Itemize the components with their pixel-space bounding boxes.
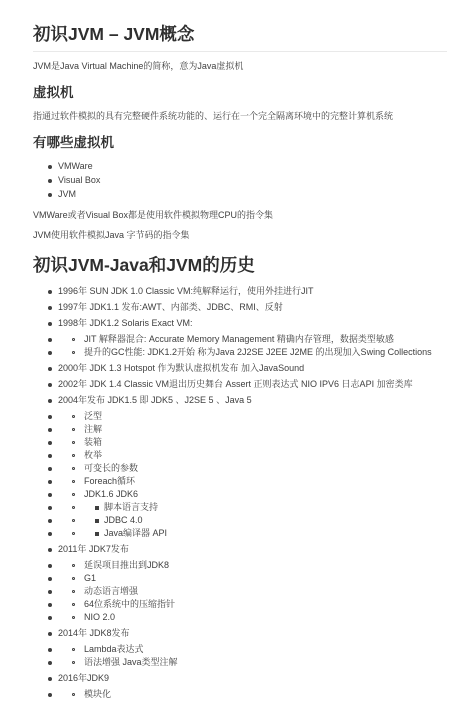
disc-bullet-icon [48,616,52,620]
list-item: Visual Box [33,174,447,187]
circle-bullet-icon [72,603,75,606]
disc-bullet-icon [48,338,52,342]
list-item: NIO 2.0 [33,611,447,624]
list-item-text: JVM [58,188,76,201]
list-item: Lambda表达式 [33,643,447,656]
list-item: 1996年 SUN JDK 1.0 Classic VM:纯解释运行，使用外挂进… [33,285,447,298]
list-item-text: 2004年发布 JDK1.5 即 JDK5 、J2SE 5 、Java 5 [58,394,252,407]
list-item-text: 可变长的参数 [84,462,138,475]
history-list: 1996年 SUN JDK 1.0 Classic VM:纯解释运行，使用外挂进… [33,285,447,701]
list-item: 注解 [33,423,447,436]
disc-bullet-icon [48,493,52,497]
list-item: G1 [33,572,447,585]
vm-list: VMWare Visual Box JVM [33,160,447,201]
list-item: JVM [33,188,447,201]
disc-bullet-icon [48,506,52,510]
section-heading-history: 初识JVM-Java和JVM的历史 [33,255,447,275]
list-item: 2002年 JDK 1.4 Classic VM退出历史舞台 Assert 正则… [33,378,447,391]
list-item-text: 模块化 [84,688,111,701]
list-item-text: NIO 2.0 [84,611,115,624]
disc-bullet-icon [48,590,52,594]
page-title: 初识JVM – JVM概念 [33,24,447,52]
disc-bullet-icon [48,467,52,471]
list-item: 1998年 JDK1.2 Solaris Exact VM: [33,317,447,330]
list-item: 泛型 [33,410,447,423]
circle-bullet-icon [72,693,75,696]
list-item-text: JDBC 4.0 [104,514,143,527]
list-item-text: 64位系统中的压缩指针 [84,598,175,611]
circle-bullet-icon [72,454,75,457]
disc-bullet-icon [48,322,52,326]
list-item: 可变长的参数 [33,462,447,475]
circle-bullet-icon [72,351,75,354]
list-item-text: 装箱 [84,436,102,449]
circle-bullet-icon [72,415,75,418]
list-item-text: 2000年 JDK 1.3 Hotspot 作为默认虚拟机发布 加入JavaSo… [58,362,304,375]
circle-bullet-icon [72,338,75,341]
square-bullet-icon [95,532,99,536]
list-item: 2000年 JDK 1.3 Hotspot 作为默认虚拟机发布 加入JavaSo… [33,362,447,375]
disc-bullet-icon [48,564,52,568]
disc-bullet-icon [48,661,52,665]
list-item-text: G1 [84,572,96,585]
circle-bullet-icon [72,564,75,567]
list-item: JDK1.6 JDK6 [33,488,447,501]
list-item: 语法增强 Java类型注解 [33,656,447,669]
list-item: 2014年 JDK8发布 [33,627,447,640]
list-item: JIT 解释器混合: Accurate Memory Management 精确… [33,333,447,346]
disc-bullet-icon [48,306,52,310]
disc-bullet-icon [48,519,52,523]
list-item-text: 注解 [84,423,102,436]
list-item: 延误项目推出到JDK8 [33,559,447,572]
list-item-text: Foreach循环 [84,475,135,488]
list-item-text: 2014年 JDK8发布 [58,627,130,640]
document-page: 初识JVM – JVM概念 JVM是Java Virtual Machine的简… [0,0,474,721]
list-item-text: Java编译器 API [104,527,167,540]
disc-bullet-icon [48,632,52,636]
list-item-text: 2011年 JDK7发布 [58,543,129,556]
circle-bullet-icon [72,428,75,431]
circle-bullet-icon [72,519,75,522]
list-item-text: 动态语言增强 [84,585,138,598]
list-item-text: 2002年 JDK 1.4 Classic VM退出历史舞台 Assert 正则… [58,378,413,391]
square-bullet-icon [95,506,99,510]
list-item-text: 枚举 [84,449,102,462]
list-item-text: JIT 解释器混合: Accurate Memory Management 精确… [84,333,394,346]
disc-bullet-icon [48,367,52,371]
list-item-text: Lambda表达式 [84,643,144,656]
section-heading-vm: 虚拟机 [33,85,447,101]
disc-bullet-icon [48,193,52,197]
list-item: 2016年JDK9 [33,672,447,685]
list-item: 64位系统中的压缩指针 [33,598,447,611]
circle-bullet-icon [72,441,75,444]
disc-bullet-icon [48,532,52,536]
list-item: 1997年 JDK1.1 发布:AWT、内部类、JDBC、RMI、反射 [33,301,447,314]
disc-bullet-icon [48,383,52,387]
list-item: 脚本语言支持 [33,501,447,514]
intro-paragraph: JVM是Java Virtual Machine的简称，意为Java虚拟机 [33,60,447,72]
disc-bullet-icon [48,179,52,183]
list-item: 装箱 [33,436,447,449]
vm-definition-paragraph: 指通过软件模拟的具有完整硬件系统功能的、运行在一个完全隔离环境中的完整计算机系统 [33,110,447,122]
list-item-text: 1998年 JDK1.2 Solaris Exact VM: [58,317,193,330]
list-item: Foreach循环 [33,475,447,488]
list-item: 模块化 [33,688,447,701]
circle-bullet-icon [72,648,75,651]
list-item-text: JDK1.6 JDK6 [84,488,138,501]
list-item-text: 1996年 SUN JDK 1.0 Classic VM:纯解释运行，使用外挂进… [58,285,314,298]
square-bullet-icon [95,519,99,523]
disc-bullet-icon [48,480,52,484]
list-item-text: 2016年JDK9 [58,672,109,685]
list-item: JDBC 4.0 [33,514,447,527]
circle-bullet-icon [72,467,75,470]
disc-bullet-icon [48,428,52,432]
jvm-note-paragraph: JVM使用软件模拟Java 字节码的指令集 [33,229,447,241]
list-item-text: 语法增强 Java类型注解 [84,656,178,669]
list-item-text: 延误项目推出到JDK8 [84,559,169,572]
list-item-text: 提升的GC性能: JDK1.2开始 称为Java 2J2SE J2EE J2ME… [84,346,432,359]
circle-bullet-icon [72,480,75,483]
list-item-text: 脚本语言支持 [104,501,158,514]
circle-bullet-icon [72,532,75,535]
list-item: Java编译器 API [33,527,447,540]
disc-bullet-icon [48,648,52,652]
disc-bullet-icon [48,548,52,552]
list-item-text: 1997年 JDK1.1 发布:AWT、内部类、JDBC、RMI、反射 [58,301,283,314]
list-item-text: Visual Box [58,174,100,187]
disc-bullet-icon [48,441,52,445]
disc-bullet-icon [48,415,52,419]
disc-bullet-icon [48,577,52,581]
list-item: VMWare [33,160,447,173]
list-item: 动态语言增强 [33,585,447,598]
disc-bullet-icon [48,454,52,458]
list-item-text: VMWare [58,160,93,173]
list-item-text: 泛型 [84,410,102,423]
disc-bullet-icon [48,165,52,169]
circle-bullet-icon [72,661,75,664]
circle-bullet-icon [72,577,75,580]
disc-bullet-icon [48,399,52,403]
circle-bullet-icon [72,493,75,496]
circle-bullet-icon [72,616,75,619]
disc-bullet-icon [48,677,52,681]
list-item: 枚举 [33,449,447,462]
disc-bullet-icon [48,693,52,697]
vmware-note-paragraph: VMWare或者Visual Box都是使用软件模拟物理CPU的指令集 [33,209,447,221]
list-item: 提升的GC性能: JDK1.2开始 称为Java 2J2SE J2EE J2ME… [33,346,447,359]
list-item: 2011年 JDK7发布 [33,543,447,556]
disc-bullet-icon [48,603,52,607]
circle-bullet-icon [72,590,75,593]
disc-bullet-icon [48,351,52,355]
section-heading-which-vm: 有哪些虚拟机 [33,135,447,151]
circle-bullet-icon [72,506,75,509]
disc-bullet-icon [48,290,52,294]
list-item: 2004年发布 JDK1.5 即 JDK5 、J2SE 5 、Java 5 [33,394,447,407]
